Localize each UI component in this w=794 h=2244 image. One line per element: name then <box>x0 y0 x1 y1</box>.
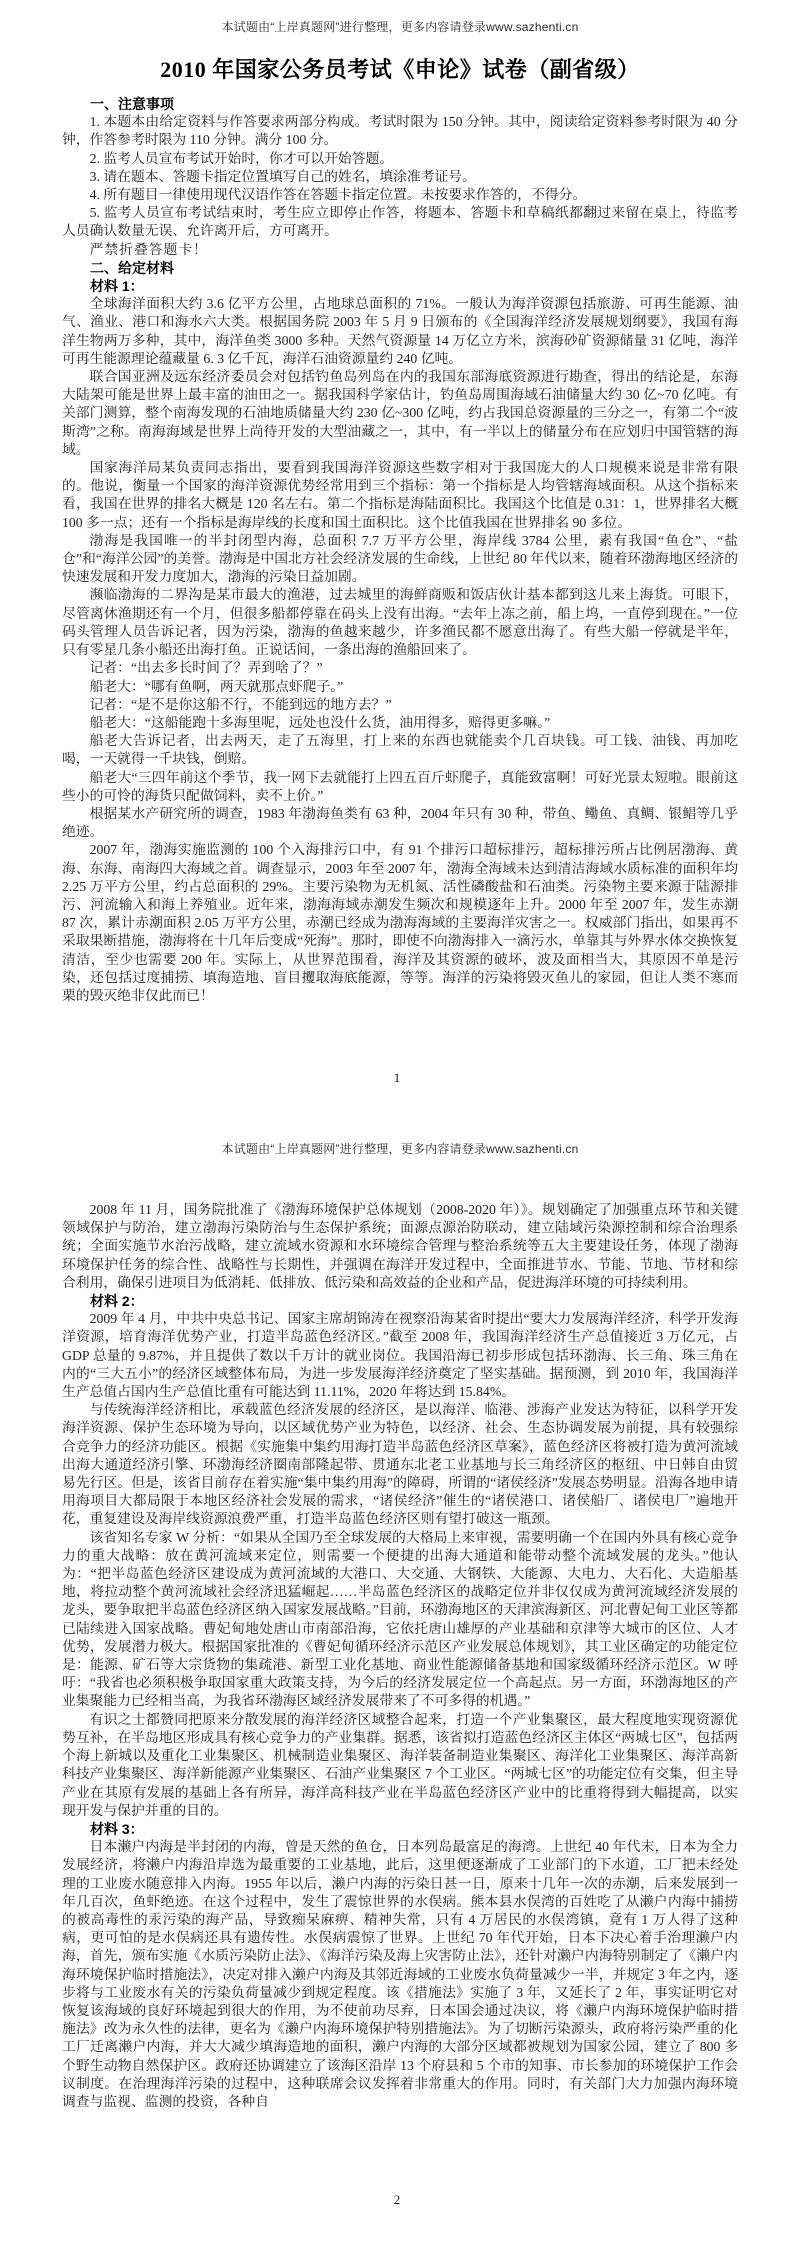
section-heading-materials: 二、给定材料 <box>62 259 738 277</box>
page-title: 2010 年国家公务员考试《申论》试卷（副省级） <box>62 57 738 83</box>
page1-body: 一、注意事项 1. 本题本由给定资料与作答要求两部分构成。考试时限为 150 分… <box>62 95 738 1005</box>
material1-paragraph: 2007 年，渤海实施监测的 100 个入海排污口中，有 91 个排污口超标排污… <box>62 841 738 1005</box>
notice-item: 1. 本题本由给定资料与作答要求两部分构成。考试时限为 150 分钟。其中，阅读… <box>62 113 738 149</box>
notice-item: 4. 所有题目一律使用现代汉语作答在答题卡指定位置。未按要求作答的，不得分。 <box>62 186 738 204</box>
page-number: 1 <box>0 1070 794 1086</box>
page2-body: 2008 年 11 月，国务院批准了《渤海环境保护总体规划（2008-2020 … <box>62 1201 738 2111</box>
material2-paragraph: 与传统海洋经济相比，承载蓝色经济发展的经济区，是以海洋、临港、涉海产业发达为特征… <box>62 1401 738 1528</box>
notice-item: 2. 监考人员宣布考试开始时，你才可以开始答题。 <box>62 150 738 168</box>
material1-paragraph: 根据某水产研究所的调查，1983 年渤海鱼类有 63 种，2004 年只有 30… <box>62 805 738 841</box>
page-number: 2 <box>0 2192 794 2208</box>
section-heading-notice: 一、注意事项 <box>62 95 738 113</box>
material1-paragraph: 渤海是我国唯一的半封闭型内海，总面积 7.7 万平方公里，海岸线 3784 公里… <box>62 532 738 587</box>
material1-paragraph-continued: 2008 年 11 月，国务院批准了《渤海环境保护总体规划（2008-2020 … <box>62 1201 738 1292</box>
site-note: 本试题由“上岸真题网”进行整理，更多内容请登录www.sazhenti.cn <box>62 1122 738 1157</box>
material1-paragraph: 全球海洋面积大约 3.6 亿平方公里，占地球总面积的 71%。一般认为海洋资源包… <box>62 295 738 368</box>
dialogue-line: 船老大“三四年前这个季节，我一网下去就能打上四五百斤虾爬子，真能致富啊！可好光景… <box>62 769 738 805</box>
material1-paragraph: 联合国亚洲及远东经济委员会对包括钓鱼岛列岛在内的我国东部海底资源进行勘查，得出的… <box>62 368 738 459</box>
material1-paragraph: 濒临渤海的二界沟是某市最大的渔港，过去城里的海鲜商贩和饭店伙计基本都到这儿来上海… <box>62 586 738 659</box>
material1-paragraph: 国家海洋局某负责同志指出，要看到我国海洋资源这些数字相对于我国庞大的人口规模来说… <box>62 459 738 532</box>
dialogue-line: 记者：“是不是你这船不行，不能到远的地方去？” <box>62 696 738 714</box>
dialogue-line: 记者：“出去多长时间了？弄到啥了？” <box>62 659 738 677</box>
dialogue-line: 船老大：“哪有鱼啊，两天就那点虾爬子。” <box>62 678 738 696</box>
material2-paragraph: 有识之士都赞同把原来分散发展的海洋经济区域整合起来，打造一个产业集聚区，最大程度… <box>62 1711 738 1820</box>
page-1: 本试题由“上岸真题网”进行整理，更多内容请登录www.sazhenti.cn 2… <box>0 0 794 1122</box>
material3-paragraph: 日本濑户内海是半封闭的内海，曾是天然的鱼仓，日本列岛最富足的海湾。上世纪 40 … <box>62 1838 738 2111</box>
material1-paragraph: 船老大告诉记者，出去两天，走了五海里，打上来的东西也就能卖个几百块钱。可工钱、油… <box>62 732 738 768</box>
notice-item: 3. 请在题本、答题卡指定位置填写自己的姓名，填涂准考证号。 <box>62 168 738 186</box>
material2-paragraph: 2009 年 4 月，中共中央总书记、国家主席胡锦涛在视察沿海某省时提出“要大力… <box>62 1310 738 1401</box>
material3-heading: 材料 3： <box>62 1820 738 1838</box>
page-2: 本试题由“上岸真题网”进行整理，更多内容请登录www.sazhenti.cn 2… <box>0 1122 794 2244</box>
material2-paragraph: 该省知名专家 W 分析：“如果从全国乃至全球发展的大格局上来审视，需要明确一个在… <box>62 1529 738 1711</box>
notice-item: 5. 监考人员宣布考试结束时，考生应立即停止作答，将题本、答题卡和草稿纸都翻过来… <box>62 204 738 240</box>
warning-text: 严禁折叠答题卡！ <box>62 241 738 259</box>
dialogue-line: 船老大：“这船能跑十多海里呢，远处也没什么货，油用得多，赔得更多嘛。” <box>62 714 738 732</box>
site-note: 本试题由“上岸真题网”进行整理，更多内容请登录www.sazhenti.cn <box>62 0 738 35</box>
material1-heading: 材料 1： <box>62 277 738 295</box>
material2-heading: 材料 2： <box>62 1292 738 1310</box>
